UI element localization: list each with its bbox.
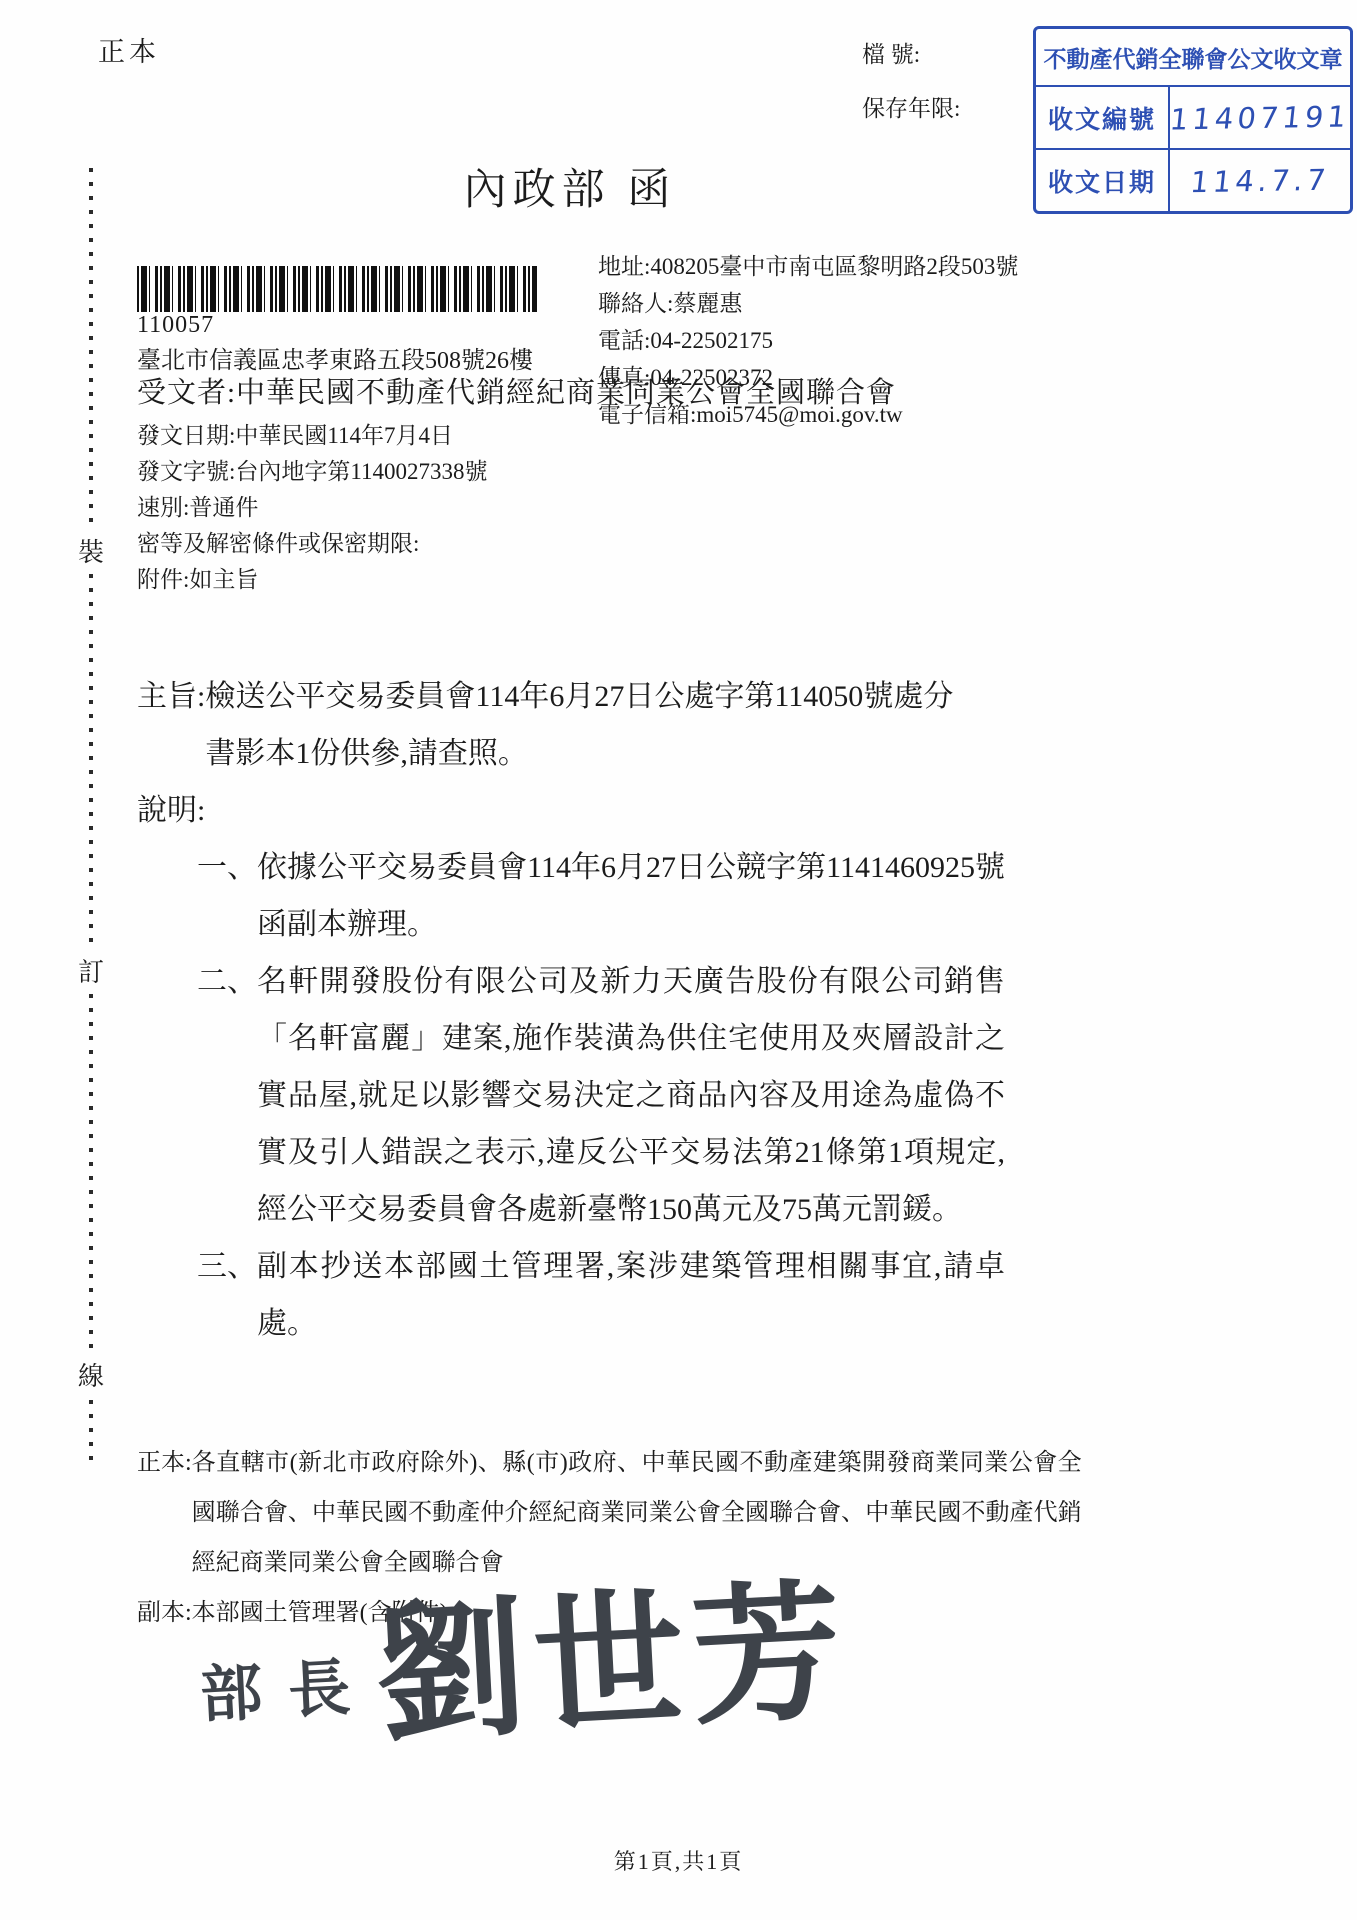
receipt-number-row: 收文編號 11407191 bbox=[1036, 87, 1350, 148]
minister-title: 部長 bbox=[198, 1636, 378, 1734]
speed-class: 速別:普通件 bbox=[137, 490, 488, 526]
receipt-number-label: 收文編號 bbox=[1036, 87, 1170, 148]
item-text: 副本抄送本部國土管理署,案涉建築管理相關事宜,請卓處。 bbox=[257, 1238, 1005, 1352]
explanation-item-1: 一、 依據公平交易委員會114年6月27日公競字第1141460925號函副本辦… bbox=[197, 839, 1005, 953]
page-number: 第1頁,共1頁 bbox=[0, 1845, 1357, 1876]
receipt-number-value: 11407191 bbox=[1167, 85, 1354, 149]
receive-stamp-title: 不動產代銷全聯會公文收文章 bbox=[1036, 29, 1350, 87]
binding-char-xian: 線 bbox=[76, 1352, 106, 1397]
explanation-item-2: 二、 名軒開發股份有限公司及新力天廣告股份有限公司銷售「名軒富麗」建案,施作裝潢… bbox=[197, 953, 1005, 1238]
item-text: 名軒開發股份有限公司及新力天廣告股份有限公司銷售「名軒富麗」建案,施作裝潢為供住… bbox=[257, 953, 1005, 1238]
explanation-label: 說明: bbox=[137, 782, 1005, 839]
item-number: 一、 bbox=[197, 839, 257, 896]
explanation-item-3: 三、 副本抄送本部國土管理署,案涉建築管理相關事宜,請卓處。 bbox=[197, 1238, 1005, 1352]
sender-phone: 電話:04-22502175 bbox=[598, 322, 1038, 359]
binding-char-ding: 訂 bbox=[76, 948, 106, 993]
minister-name: 劉世芳 bbox=[372, 1578, 853, 1753]
subject-label: 主旨: bbox=[137, 668, 205, 725]
sender-address: 地址:408205臺中市南屯區黎明路2段503號 bbox=[598, 248, 1038, 285]
document-title: 內政部 函 bbox=[310, 156, 830, 217]
barcode-number: 110057 bbox=[137, 312, 214, 339]
file-number-label: 檔 號: bbox=[862, 36, 920, 69]
security-class: 密等及解密條件或保密期限: bbox=[137, 526, 488, 562]
issue-date: 發文日期:中華民國114年7月4日 bbox=[137, 418, 488, 454]
subject-text: 檢送公平交易委員會114年6月27日公處字第114050號處分書影本1份供參,請… bbox=[205, 668, 953, 782]
item-number: 三、 bbox=[197, 1238, 257, 1295]
attachment-note: 附件:如主旨 bbox=[137, 562, 488, 598]
recipient-line: 受文者:中華民國不動產代銷經紀商業同業公會全國聯合會 bbox=[137, 370, 896, 411]
binding-char-zhuang: 裝 bbox=[76, 528, 106, 573]
item-text: 依據公平交易委員會114年6月27日公競字第1141460925號函副本辦理。 bbox=[257, 839, 1005, 953]
receipt-date-value: 114.7.7 bbox=[1167, 148, 1354, 212]
receive-stamp: 不動產代銷全聯會公文收文章 收文編號 11407191 收文日期 114.7.7 bbox=[1033, 26, 1353, 214]
receipt-date-row: 收文日期 114.7.7 bbox=[1036, 148, 1350, 211]
retention-period-label: 保存年限: bbox=[862, 90, 960, 123]
copy-type-label: 正本 bbox=[98, 30, 160, 69]
letter-body: 主旨: 檢送公平交易委員會114年6月27日公處字第114050號處分書影本1份… bbox=[137, 668, 1005, 1352]
barcode bbox=[137, 266, 537, 312]
document-number: 發文字號:台內地字第1140027338號 bbox=[137, 454, 488, 490]
subject-row: 主旨: 檢送公平交易委員會114年6月27日公處字第114050號處分書影本1份… bbox=[137, 668, 1005, 782]
receipt-date-label: 收文日期 bbox=[1036, 150, 1170, 211]
minister-signature: 部長 劉世芳 bbox=[200, 1590, 850, 1740]
original-recipients-label: 正本: bbox=[137, 1438, 192, 1488]
sender-contact-person: 聯絡人:蔡麗惠 bbox=[598, 285, 1038, 322]
copy-recipients-label: 副本: bbox=[137, 1588, 192, 1638]
original-recipients-row: 正本: 各直轄市(新北市政府除外)、縣(市)政府、中華民國不動產建築開發商業同業… bbox=[137, 1438, 1082, 1588]
document-meta-block: 發文日期:中華民國114年7月4日 發文字號:台內地字第1140027338號 … bbox=[137, 418, 488, 598]
item-number: 二、 bbox=[197, 953, 257, 1010]
scanned-official-letter: 正本 檔 號: 保存年限: 不動產代銷全聯會公文收文章 收文編號 1140719… bbox=[0, 0, 1357, 1920]
binding-dotted-line bbox=[89, 168, 93, 1470]
original-recipients-text: 各直轄市(新北市政府除外)、縣(市)政府、中華民國不動產建築開發商業同業公會全國… bbox=[192, 1438, 1082, 1588]
